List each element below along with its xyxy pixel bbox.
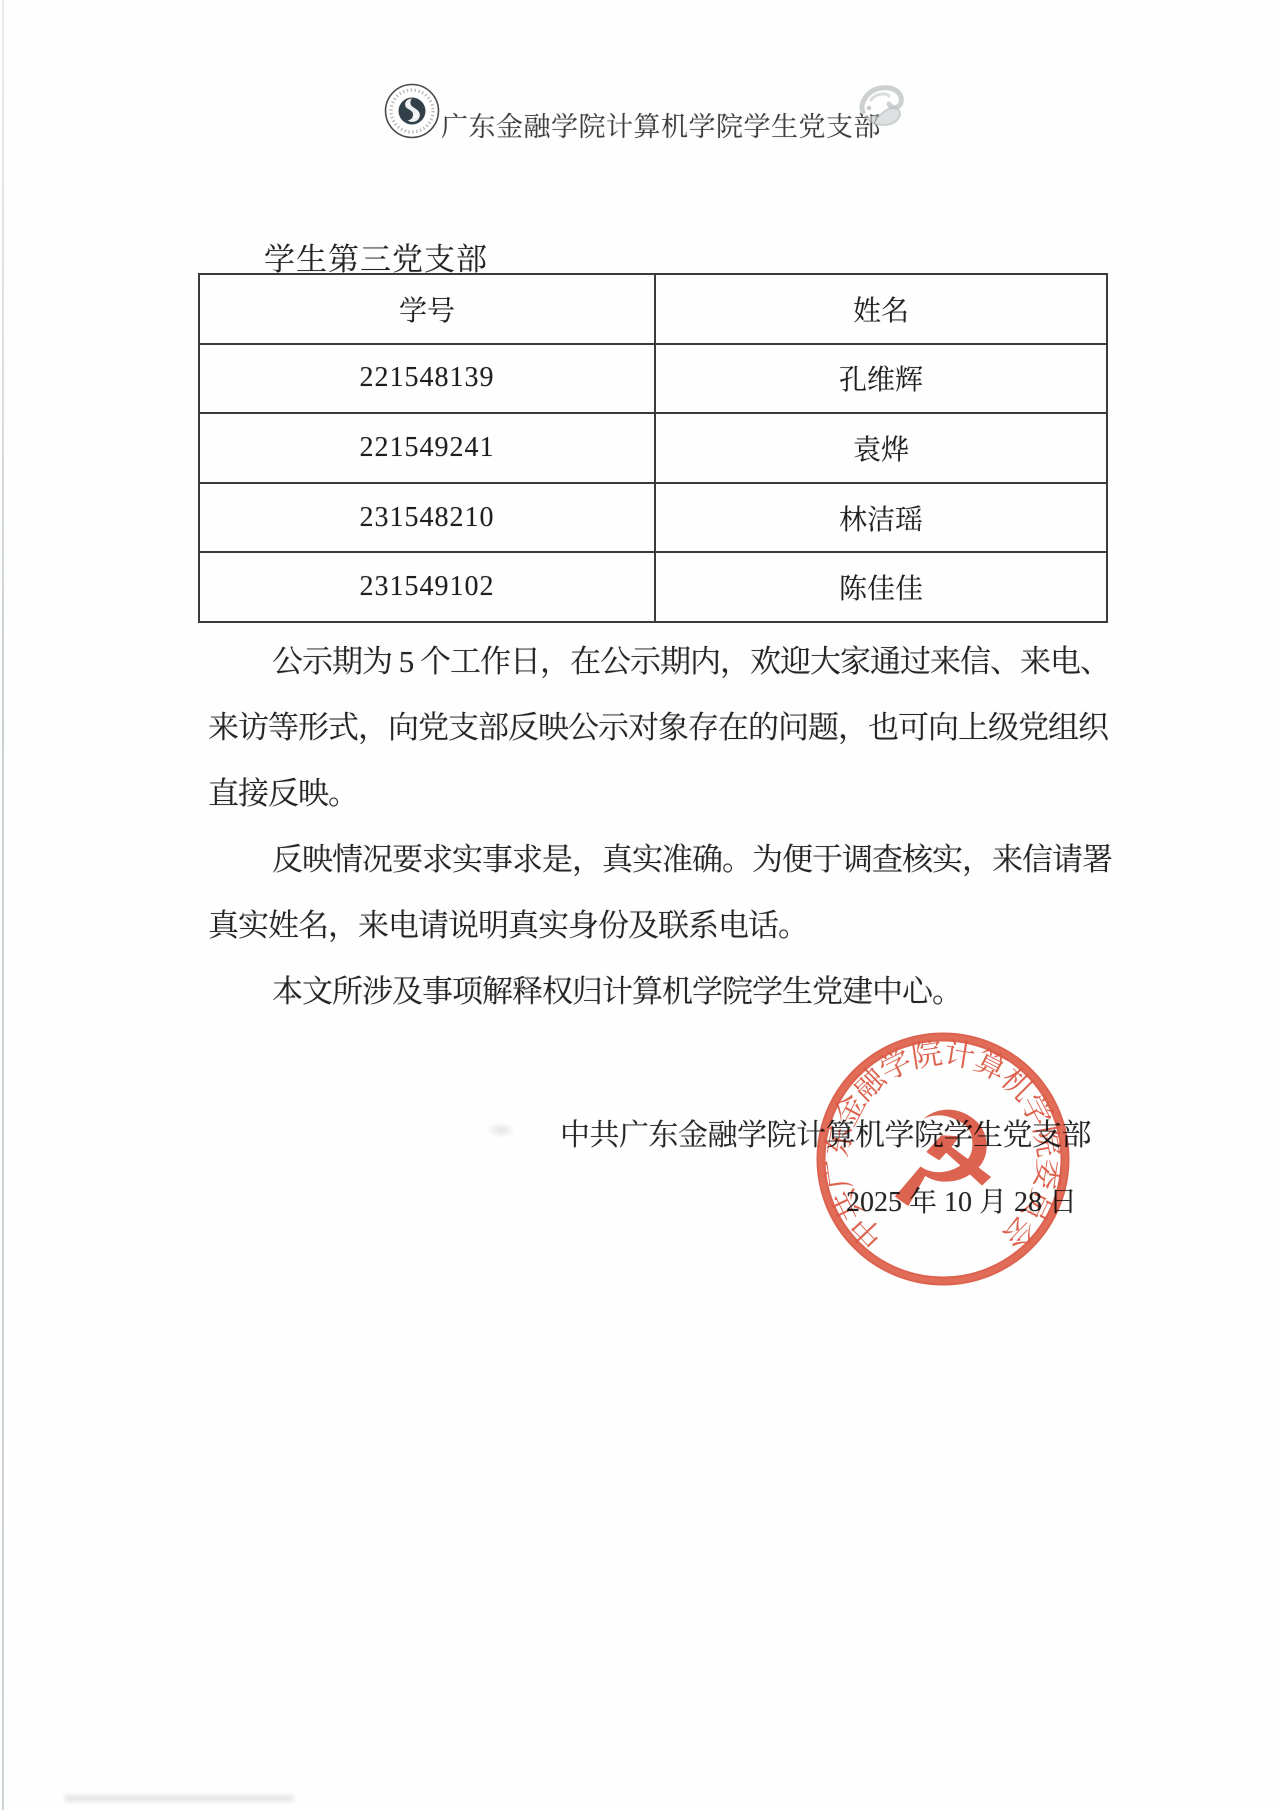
body-paragraph-line: 反映情况要求实事求是，真实准确。为便于调查核实，来信请署	[272, 843, 1112, 877]
table-row: 231549102 陈佳佳	[199, 552, 1107, 622]
cell-name: 袁烨	[655, 413, 1107, 483]
cell-name: 陈佳佳	[655, 552, 1107, 622]
header-cell-name: 姓名	[655, 274, 1107, 344]
roster-table: 学号 姓名 221548139 孔维辉 221549241 袁烨 2315482…	[198, 273, 1108, 623]
scan-edge-line	[2, 0, 4, 1810]
seal-emblem-icon: ☭	[884, 1084, 1002, 1238]
body-paragraph-line: 直接反映。	[208, 777, 358, 811]
header-cell-student-id: 学号	[199, 274, 655, 344]
body-paragraph-line: 真实姓名，来电请说明真实身份及联系电话。	[208, 909, 808, 943]
body-paragraph-line: 公示期为 5 个工作日，在公示期内，欢迎大家通过来信、来电、	[272, 645, 1110, 679]
letterhead-org-name: 广东金融学院计算机学院学生党支部	[441, 112, 881, 142]
cell-name: 林洁瑶	[655, 483, 1107, 553]
scan-smudge	[486, 1122, 516, 1138]
cell-name: 孔维辉	[655, 344, 1107, 414]
scanned-document-page: 广东金融学院计算机学院学生党支部 学生第三党支部 学号 姓名 221548139…	[0, 0, 1280, 1810]
school-logo-icon	[383, 82, 441, 140]
cell-student-id: 231548210	[199, 483, 655, 553]
cell-student-id: 221549241	[199, 413, 655, 483]
body-paragraph-line: 来访等形式，向党支部反映公示对象存在的问题，也可向上级党组织	[208, 711, 1108, 745]
cell-student-id: 231549102	[199, 552, 655, 622]
table-row: 231548210 林洁瑶	[199, 483, 1107, 553]
body-paragraph-line: 本文所涉及事项解释权归计算机学院学生党建中心。	[272, 975, 962, 1009]
table-header-row: 学号 姓名	[199, 274, 1107, 344]
cell-student-id: 221548139	[199, 344, 655, 414]
table-row: 221548139 孔维辉	[199, 344, 1107, 414]
mascot-watermark-icon	[851, 78, 909, 134]
scan-smudge	[64, 1795, 294, 1802]
official-seal: ☭ 中共广东金融学院计算机学院委员会	[793, 1009, 1093, 1309]
table-row: 221549241 袁烨	[199, 413, 1107, 483]
